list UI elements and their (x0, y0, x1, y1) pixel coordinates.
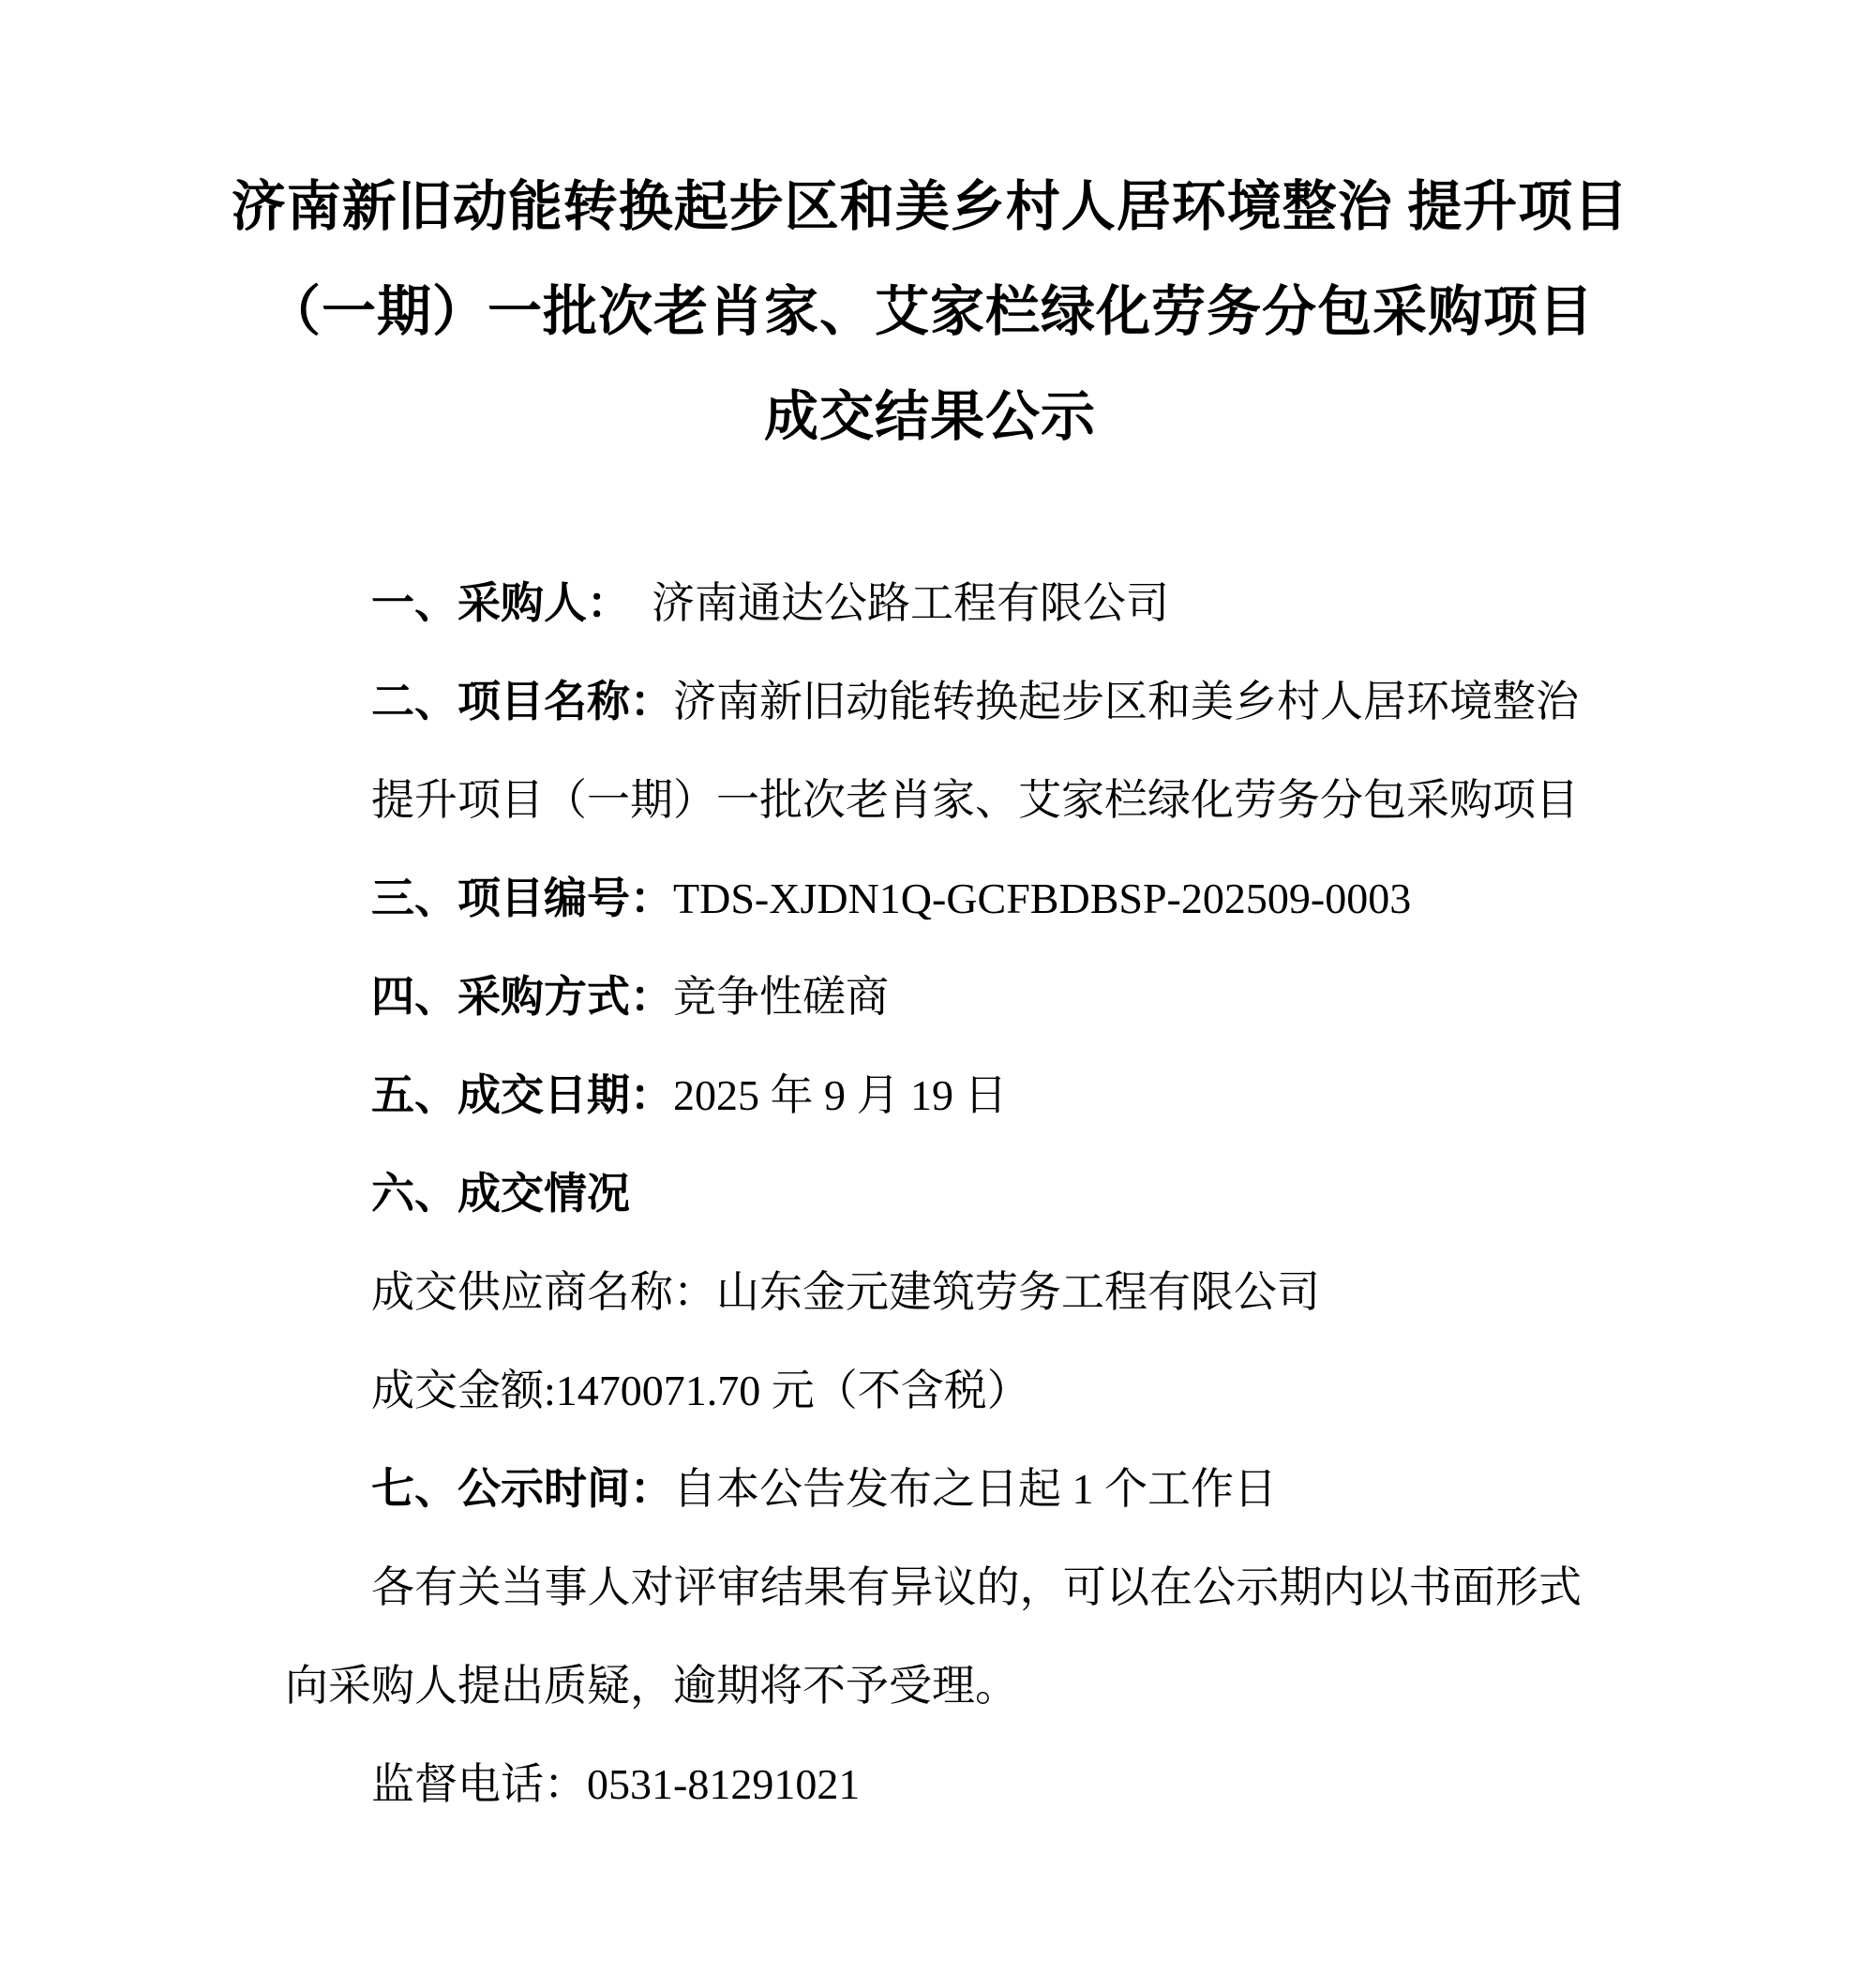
para-project-name-label: 二、项目名称： (371, 678, 673, 725)
para-publicity-period-value: 自本公告发布之日起 1 个工作日 (673, 1465, 1277, 1513)
document-title: 济南新旧动能转换起步区和美乡村人居环境整治 提升项目 （一期）一批次老肖家、艾家… (0, 0, 1860, 470)
para-project-name-value: 济南新旧动能转换起步区和美乡村人居环境整治 (673, 678, 1579, 725)
title-line-2: （一期）一批次老肖家、艾家栏绿化劳务分包采购项目 (0, 260, 1860, 365)
document-body: 一、采购人： 济南通达公路工程有限公司 二、项目名称：济南新旧动能转换起步区和美… (285, 554, 1582, 1833)
para-purchaser: 一、采购人： 济南通达公路工程有限公司 (285, 554, 1582, 652)
para-objection-notice: 各有关当事人对评审结果有异议的，可以在公示期内以书面形式向采购人提出质疑，逾期将… (285, 1538, 1582, 1735)
para-deal-amount-value: 成交金额:1470071.70 元（不含税） (371, 1367, 1030, 1414)
title-line-1: 济南新旧动能转换起步区和美乡村人居环境整治 提升项目 (0, 155, 1860, 260)
para-deal-date-value: 2025 年 9 月 19 日 (673, 1071, 1008, 1119)
para-project-name-continuation-value: 提升项目（一期）一批次老肖家、艾家栏绿化劳务分包采购项目 (371, 776, 1579, 824)
para-project-name-continuation: 提升项目（一期）一批次老肖家、艾家栏绿化劳务分包采购项目 (285, 751, 1582, 849)
para-deal-date: 五、成交日期：2025 年 9 月 19 日 (285, 1046, 1582, 1144)
para-project-number-label: 三、项目编号： (371, 874, 673, 922)
title-line-3: 成交结果公示 (0, 365, 1860, 470)
para-procurement-method-value: 竞争性磋商 (673, 973, 889, 1021)
para-deal-amount: 成交金额:1470071.70 元（不含税） (285, 1341, 1582, 1440)
para-deal-info-heading: 六、成交情况 (285, 1144, 1582, 1243)
para-project-name: 二、项目名称：济南新旧动能转换起步区和美乡村人居环境整治 (285, 652, 1582, 751)
para-deal-info-heading-label: 六、成交情况 (371, 1170, 630, 1218)
para-project-number: 三、项目编号：TDS-XJDN1Q-GCFBDBSP-202509-0003 (285, 849, 1582, 948)
para-publicity-period: 七、公示时间：自本公告发布之日起 1 个工作日 (285, 1440, 1582, 1538)
document-page: 济南新旧动能转换起步区和美乡村人居环境整治 提升项目 （一期）一批次老肖家、艾家… (0, 0, 1860, 1988)
para-supplier-name-value: 成交供应商名称：山东金元建筑劳务工程有限公司 (371, 1268, 1320, 1316)
para-supervision-phone-value: 监督电话：0531-81291021 (371, 1760, 860, 1808)
para-supplier-name: 成交供应商名称：山东金元建筑劳务工程有限公司 (285, 1243, 1582, 1341)
para-purchaser-label: 一、采购人： (371, 579, 608, 627)
para-publicity-period-label: 七、公示时间： (371, 1465, 673, 1513)
para-supervision-phone: 监督电话：0531-81291021 (285, 1735, 1582, 1833)
para-objection-notice-value: 各有关当事人对评审结果有异议的，可以在公示期内以书面形式向采购人提出质疑，逾期将… (285, 1563, 1582, 1710)
para-procurement-method-label: 四、采购方式： (371, 973, 673, 1021)
para-deal-date-label: 五、成交日期： (371, 1071, 673, 1119)
para-purchaser-value: 济南通达公路工程有限公司 (608, 579, 1169, 627)
para-procurement-method: 四、采购方式：竞争性磋商 (285, 948, 1582, 1046)
para-project-number-value: TDS-XJDN1Q-GCFBDBSP-202509-0003 (673, 874, 1411, 922)
